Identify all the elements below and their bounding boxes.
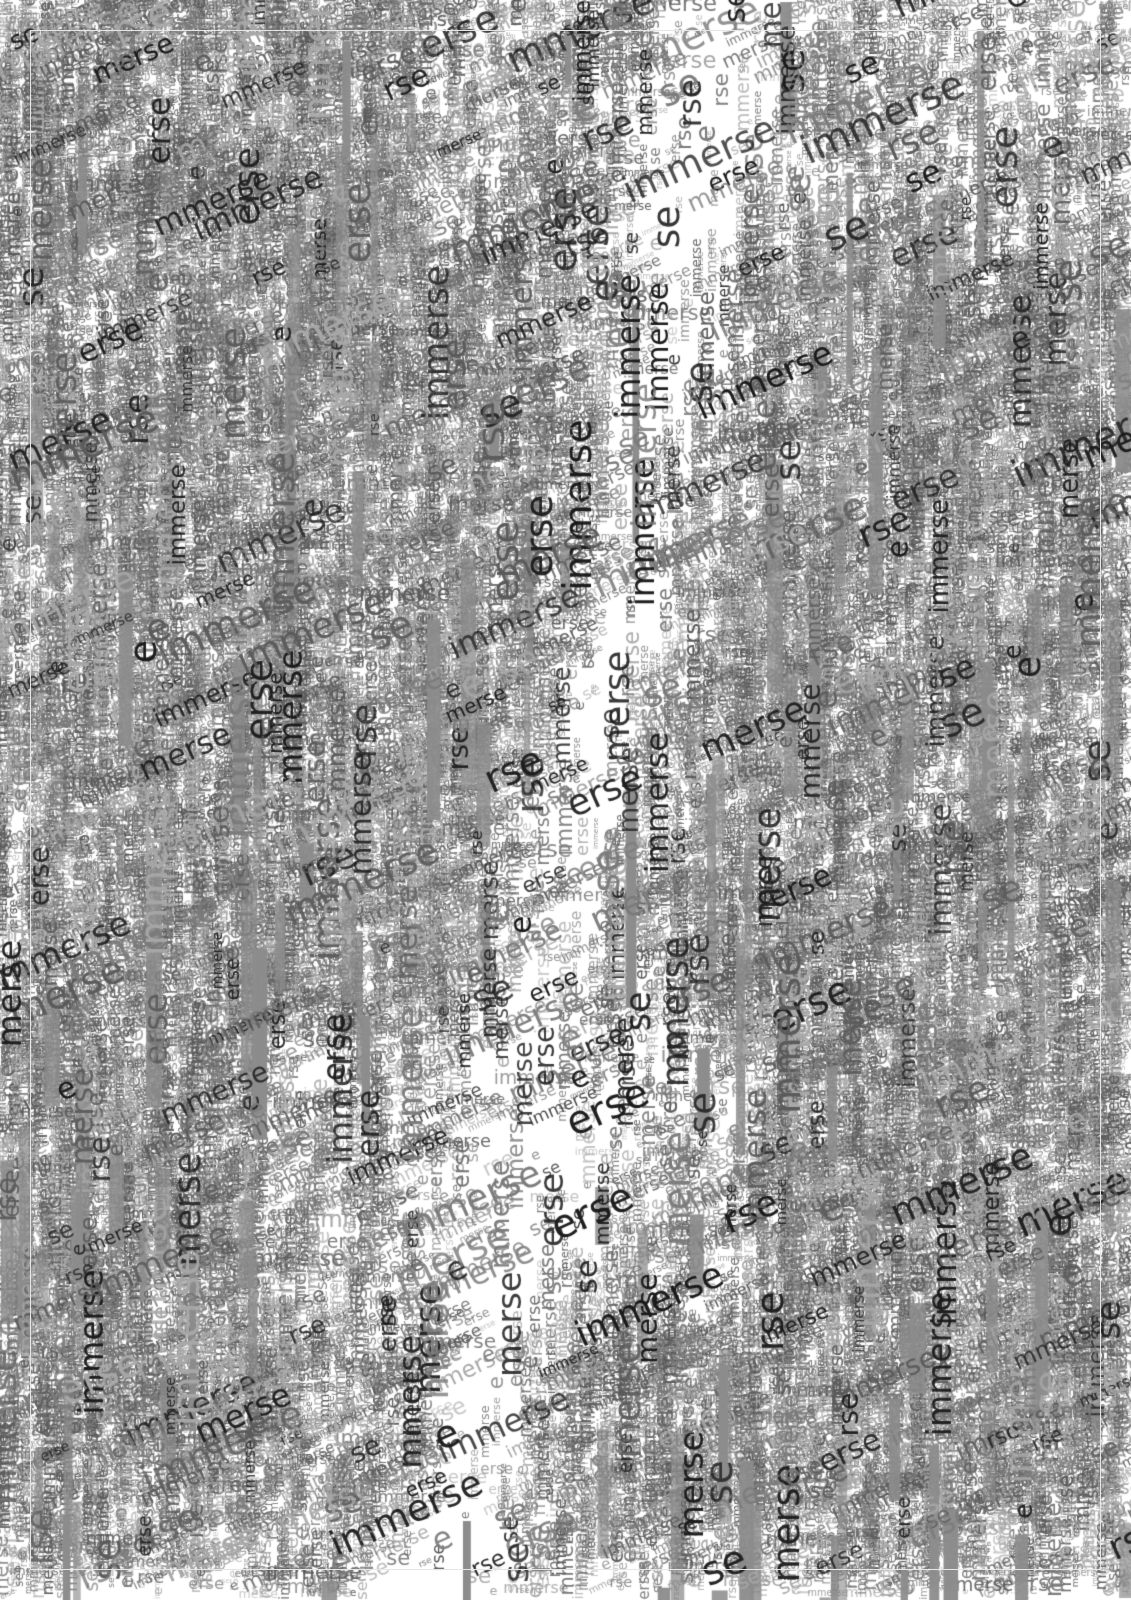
typographic-artwork <box>0 0 1131 1600</box>
artwork-canvas: immerse <box>0 0 1131 1600</box>
